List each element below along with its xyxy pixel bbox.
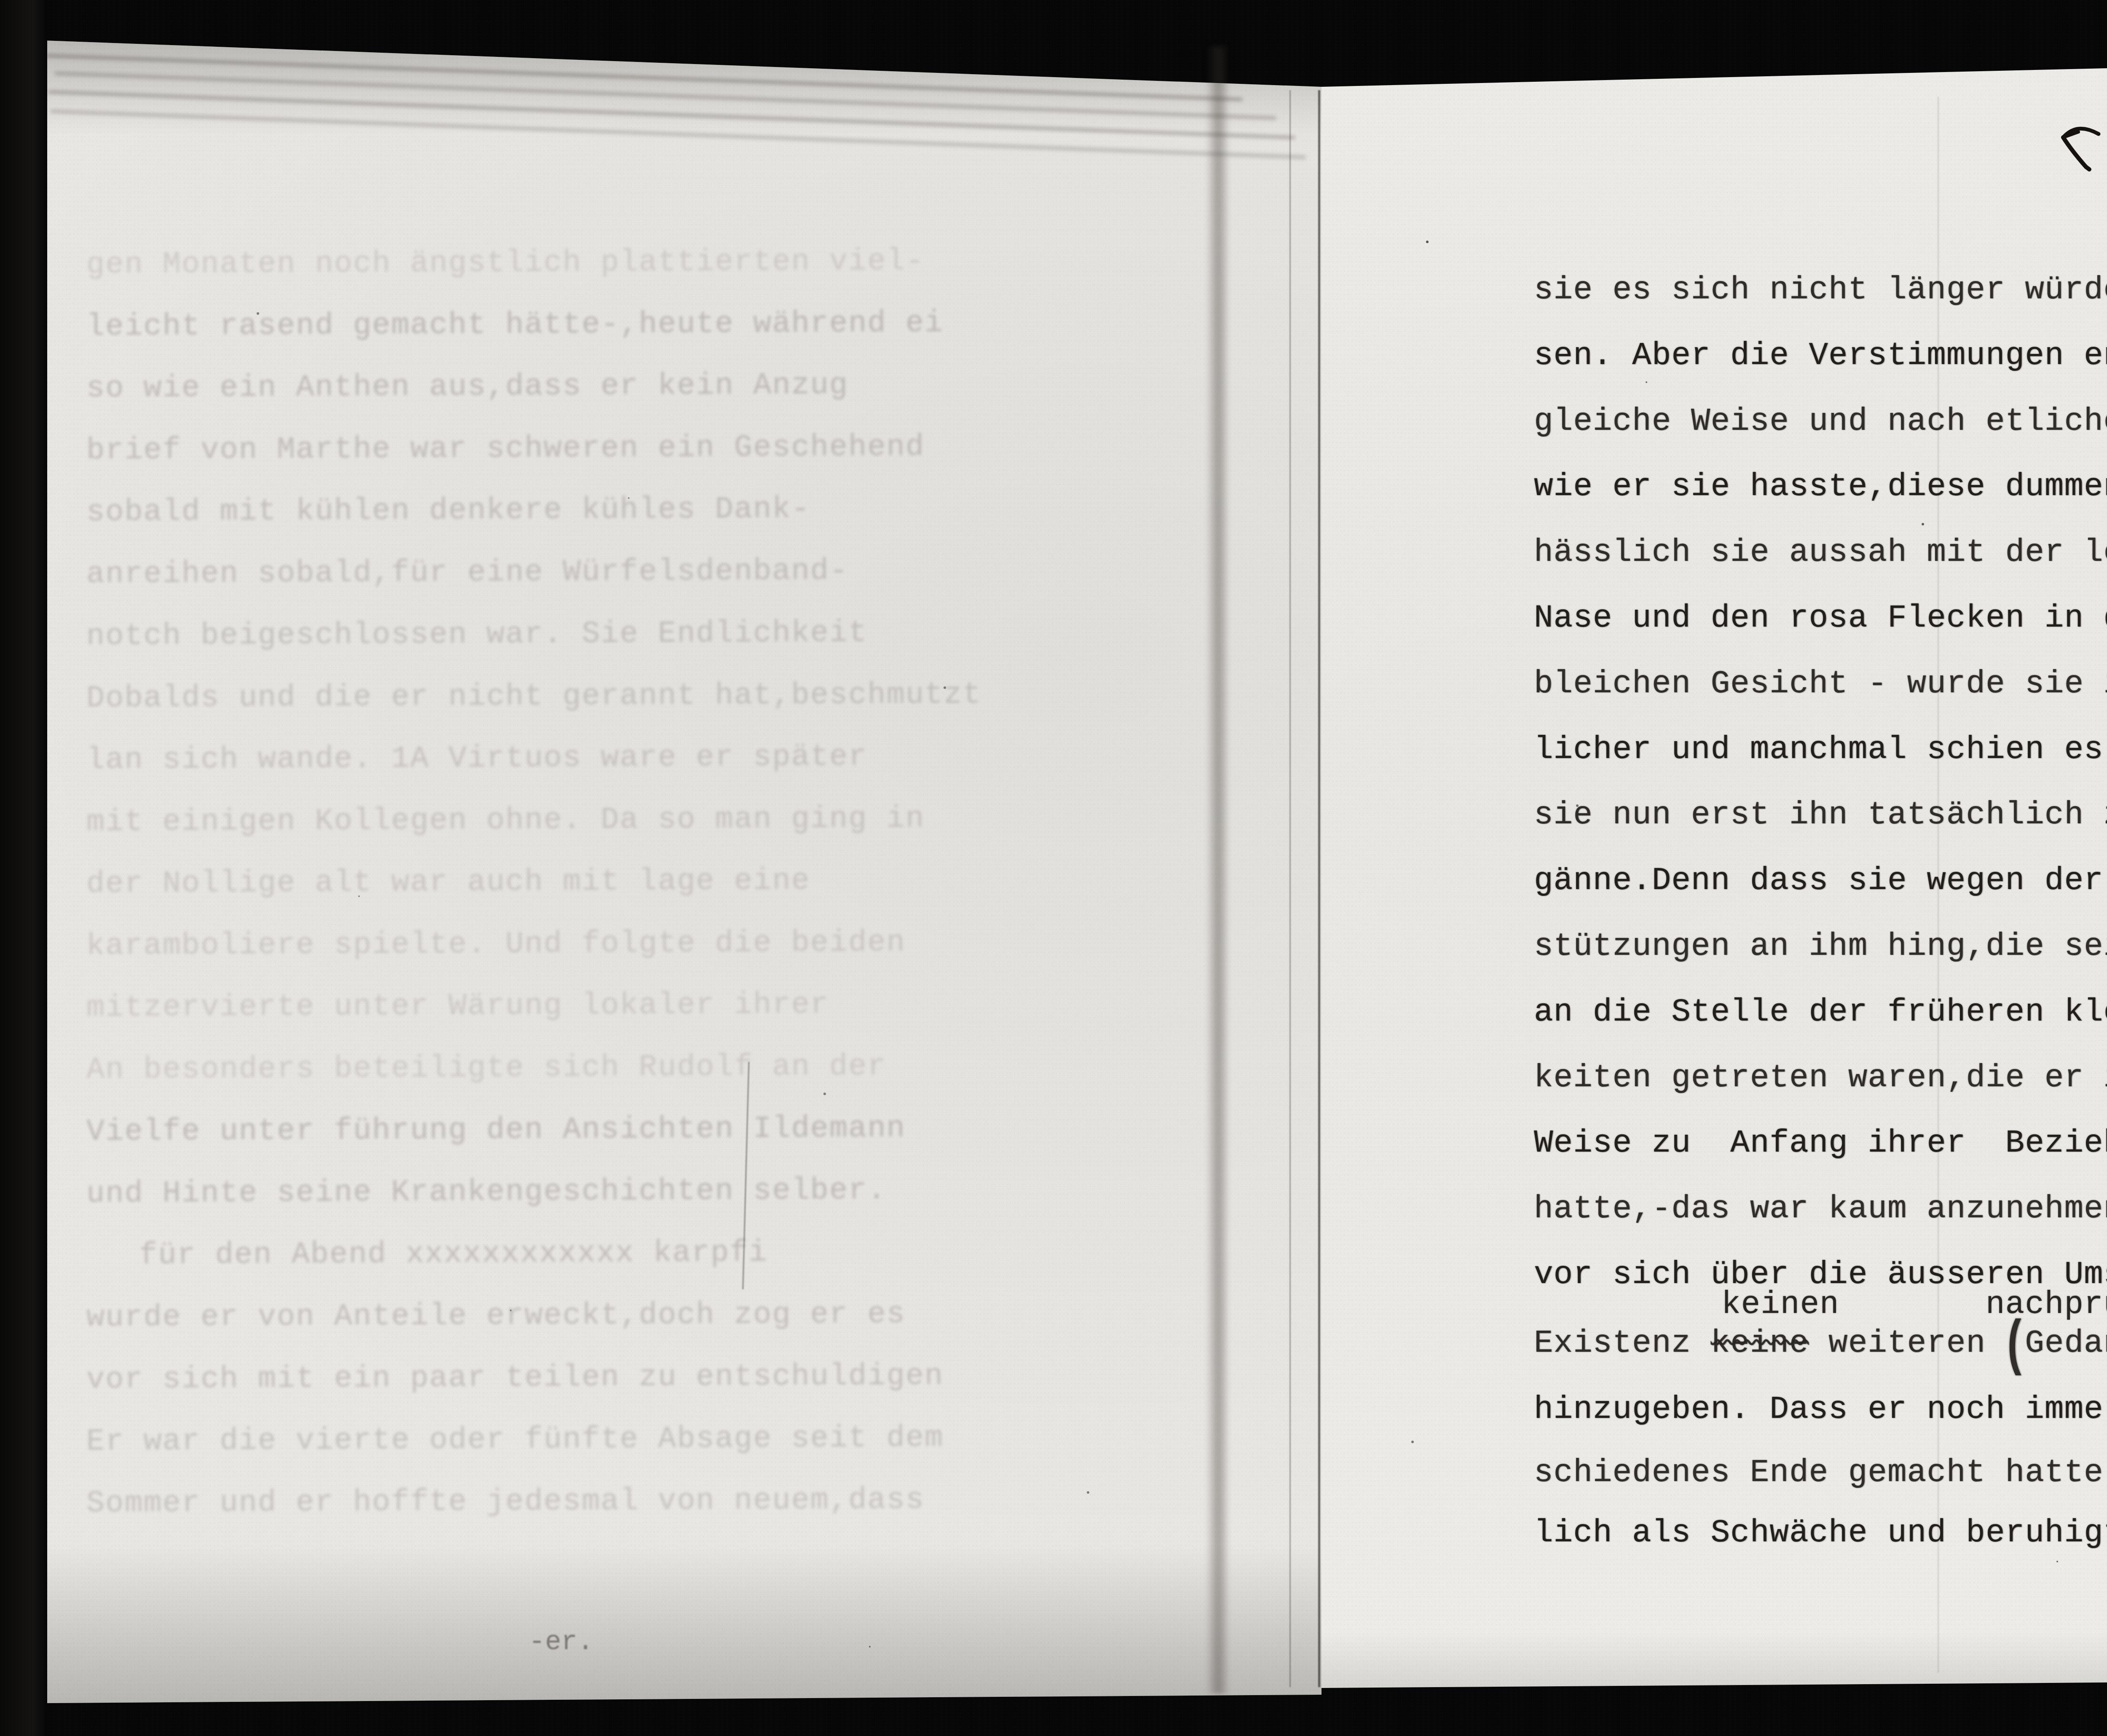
text-segment: weiteren <box>1809 1325 2005 1361</box>
typescript-line: hinzugeben. Dass er noch immer kein ent- <box>1534 1393 2107 1425</box>
typed-insertion-word: keinen <box>1721 1289 1839 1321</box>
typescript-line: keiten getreten waren,die er ihr in übli… <box>1534 1062 2107 1094</box>
typescript-line: sen. Aber die Verstimmungen endeten imme… <box>1534 340 2107 372</box>
typescript-text: sie es sich nicht länger würde gefallen … <box>0 0 2107 1736</box>
typescript-line: lich als Schwäche und beruhigte sich mit… <box>1534 1517 2107 1549</box>
typescript-line: Nase und den rosa Flecken in dem schlaff… <box>1534 602 2107 634</box>
typescript-line: wie er sie hasste,diese dummen Tränen un… <box>1534 471 2107 503</box>
typescript-line: licher und manchmal schien es ihm fast,a… <box>1534 734 2107 766</box>
text-segment-caret: ( <box>2002 1316 2028 1377</box>
manuscript-scan: { "colors": { "paper": "#edebe7", "paper… <box>0 0 2107 1736</box>
text-segment: Existenz <box>1534 1325 1710 1361</box>
typescript-line: Weise zu Anfang ihrer Beziehungen verehr… <box>1534 1127 2107 1159</box>
typescript-line: schiedenes Ende gemacht hatte,empfand er… <box>1534 1457 2107 1489</box>
dust-specks <box>0 0 2 2</box>
typescript-line: sie nun erst ihn tatsächlich zu lieben b… <box>1534 799 2107 831</box>
text-segment-struck: keine <box>1710 1325 1809 1361</box>
typescript-line: gänne.Denn dass sie wegen der armseligen… <box>1534 865 2107 897</box>
typescript-line: an die Stelle der früheren kleinen Aufme… <box>1534 996 2107 1028</box>
typescript-line: hässlich sie aussah mit der leicht geröt… <box>1534 536 2107 568</box>
typescript-line: vor sich über die äusseren Umstände ihre… <box>1534 1259 2107 1291</box>
handwritten-arrow-icon <box>2032 123 2107 178</box>
typescript-line: hatte,-das war kaum anzunehmen. Und er z… <box>1534 1193 2107 1225</box>
typescript-line: stützungen an ihm hing,die seit geraumer… <box>1534 930 2107 962</box>
typescript-line-edited: Existenz keine weiteren (Gedanken xxxmxx… <box>1534 1327 2107 1359</box>
text-segment: Gedanken <box>2025 1325 2107 1361</box>
typescript-line: gleiche Weise und nach etlichen Tränen -… <box>1534 405 2107 437</box>
typescript-line: sie es sich nicht länger würde gefallen … <box>1534 274 2107 306</box>
typescript-line: bleichen Gesicht - wurde sie immer noch … <box>1534 668 2107 700</box>
